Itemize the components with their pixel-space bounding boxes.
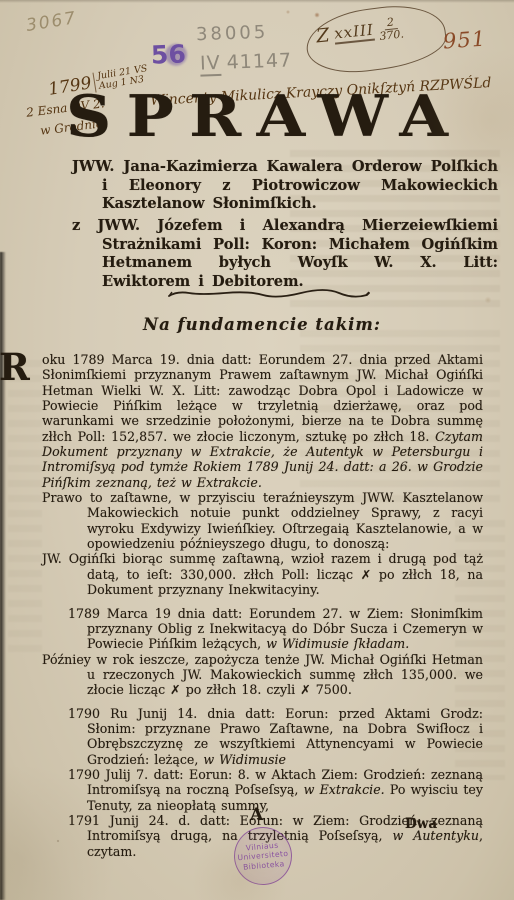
signature-mark: A bbox=[250, 805, 263, 825]
paragraph-5: Późniey w rok ieszcze, zapożycza tenże J… bbox=[42, 652, 483, 698]
shelfmark-number: 41147 bbox=[226, 49, 292, 73]
section-heading: Na fundamencie takim: bbox=[42, 315, 482, 334]
fraction-denominator: 370. bbox=[379, 28, 405, 42]
shelfmark: IV41147 bbox=[200, 49, 293, 74]
document-title: SPRAWA bbox=[0, 84, 514, 150]
paragraph-6: 1790 Ru Junij 14. dnia datt: Eorun: prze… bbox=[42, 706, 483, 767]
verso-bleedthrough bbox=[8, 360, 42, 660]
circled-z: Z bbox=[315, 24, 330, 47]
paragraph-6-italic: w Widimusie bbox=[203, 752, 286, 767]
paragraph-2: Prawo to zaſtawne, w przyisciu teraźniey… bbox=[42, 490, 483, 551]
paragraph-7-italic: w Extrakcie. bbox=[304, 782, 385, 797]
paragraph-1: Roku 1789 Marca 19. dnia datt: Eorundem … bbox=[42, 352, 483, 490]
purple-stamp-number: 56 bbox=[151, 39, 187, 69]
ornamental-rule bbox=[168, 284, 370, 303]
drop-cap: R bbox=[0, 353, 40, 381]
paragraph-4-italic: w Widimusie ſkładam. bbox=[266, 636, 409, 651]
ink-number: 951 bbox=[442, 27, 487, 54]
body-text: Roku 1789 Marca 19. dnia datt: Eorundem … bbox=[42, 352, 483, 859]
party-first: JWW. Jana-Kazimierza Kawalera Orderow Po… bbox=[72, 158, 498, 214]
scan-edge-top bbox=[0, 0, 514, 3]
circled-roman-numeral: xxIII bbox=[333, 21, 375, 45]
accession-number: 38005 bbox=[196, 22, 269, 46]
scanned-document-page: 3067 38005 56 IV41147 Z xxIII 2 370. 951… bbox=[0, 0, 514, 900]
circled-fraction: 2 370. bbox=[378, 15, 405, 41]
pencil-number: 3067 bbox=[25, 8, 79, 36]
paragraph-4: 1789 Marca 19 dnia datt: Eorundem 27. w … bbox=[42, 606, 483, 652]
party-second: z JWW. Józefem i Alexandrą Mierzeiewſkie… bbox=[72, 217, 498, 291]
shelfmark-roman: IV bbox=[200, 52, 221, 77]
paragraph-1-roman: oku 1789 Marca 19. dnia datt: Eorundem 2… bbox=[42, 352, 483, 444]
catchword: Dwa bbox=[405, 816, 437, 832]
paragraph-3: JW. Ogińſki biorąc summę zaſtawną, wzioł… bbox=[42, 551, 483, 597]
